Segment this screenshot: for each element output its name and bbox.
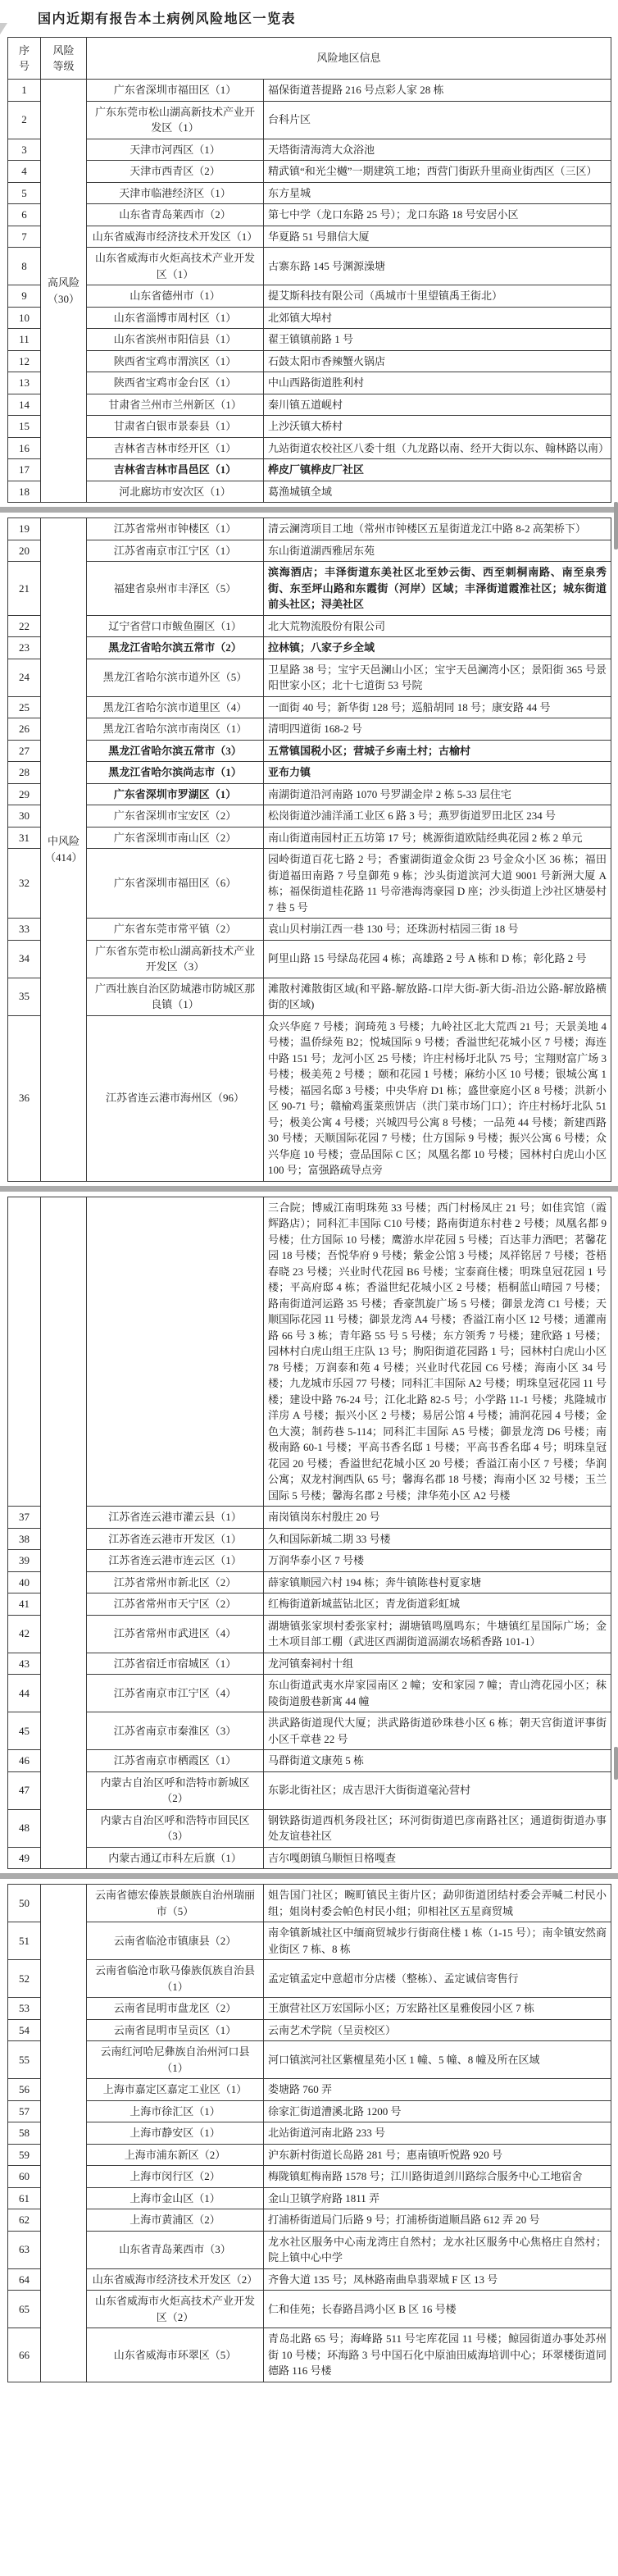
row-number-cell: 13 xyxy=(8,372,41,394)
location-cell: 云南省昆明市呈贡区（1） xyxy=(87,2019,264,2041)
location-cell: 天津市临港经济区（1） xyxy=(87,182,264,204)
row-number-cell: 51 xyxy=(8,1922,41,1960)
info-cell: 众兴华庭 7 号楼；润琦苑 3 号楼；九岭社区北大荒西 21 号；天景美地 4 … xyxy=(264,1015,611,1181)
location-cell: 山东省威海市环翠区（5） xyxy=(87,2328,264,2382)
row-number-cell: 42 xyxy=(8,1615,41,1653)
location-cell: 江苏省南京市江宁区（1） xyxy=(87,540,264,562)
table-row: 36江苏省连云港市海州区（96）众兴华庭 7 号楼；润琦苑 3 号楼；九岭社区北… xyxy=(8,1015,611,1181)
info-cell: 福保街道菩提路 216 号点彩人家 28 栋 xyxy=(264,80,611,102)
info-cell: 天塔街清海湾大众浴池 xyxy=(264,139,611,161)
row-number-cell: 33 xyxy=(8,919,41,941)
table-row: 13陕西省宝鸡市金台区（1）中山西路街道胜利村 xyxy=(8,372,611,394)
table-row: 57上海市徐汇区（1）徐家汇街道漕溪北路 1200 号 xyxy=(8,2100,611,2122)
row-number-cell: 37 xyxy=(8,1507,41,1529)
table-row: 8山东省威海市火炬高技术产业开发区（1）古寨东路 145 号渊源澡塘 xyxy=(8,248,611,285)
table-row: 63山东省青岛莱西市（3）龙水社区服务中心南龙湾庄自然村；龙水社区服务中心焦格庄… xyxy=(8,2231,611,2268)
info-cell: 青岛北路 65 号；海峰路 511 号宅库花园 11 号楼；鲸园街道办事处苏州街… xyxy=(264,2328,611,2382)
table-row: 47内蒙古自治区呼和浩特市新城区（2）东影北街社区；成吉思汗大街街道毫沁营村 xyxy=(8,1771,611,1809)
table-row: 15甘肃省白银市景泰县（1）上沙沃镇大桥村 xyxy=(8,416,611,438)
row-number-cell: 53 xyxy=(8,1998,41,2020)
table-row: 51云南省临沧市镇康县（2）南伞镇新城社区中缅商贸城步行街商住楼 1 栋（1-1… xyxy=(8,1922,611,1960)
table-row: 38江苏省连云港市开发区（1）久和国际新城二期 33 号楼 xyxy=(8,1528,611,1550)
table-row: 62上海市黄浦区（2）打浦桥街道局门后路 9 号；打浦桥街道顺昌路 612 弄 … xyxy=(8,2209,611,2232)
info-cell: 东山街道武夷水岸家园南区 2 幢；安和家园 7 幢；青山湾花园小区；秣陵街道殷巷… xyxy=(264,1675,611,1712)
row-number-cell: 12 xyxy=(8,350,41,372)
row-number-cell: 26 xyxy=(8,718,41,741)
row-number-cell: 8 xyxy=(8,248,41,285)
table-row: 31广东省深圳市南山区（2）南山街道南园村正五坊第 17 号；桃源街道欧陆经典花… xyxy=(8,827,611,849)
table-row: 24黑龙江省哈尔滨市道外区（5）卫星路 38 号；宝宇天邑澜山小区；宝宇天邑澜湾… xyxy=(8,659,611,696)
info-cell: 滨海酒店；丰泽街道东美社区北至妙云街、西至刺桐南路、南至泉秀街、东至坪山路和东霞… xyxy=(264,562,611,616)
table-row: 2广东东莞市松山湖高新技术产业开发区（1）台科片区 xyxy=(8,101,611,139)
row-number-cell: 28 xyxy=(8,762,41,784)
table-row: 39江苏省连云港市连云区（1）万润华泰小区 7 号楼 xyxy=(8,1550,611,1572)
row-number-cell: 64 xyxy=(8,2268,41,2291)
location-cell: 广东东莞市松山湖高新技术产业开发区（1） xyxy=(87,101,264,139)
table-row: 3天津市河西区（1）天塔街清海湾大众浴池 xyxy=(8,139,611,161)
row-number-cell: 11 xyxy=(8,329,41,351)
location-cell: 吉林省吉林市经开区（1） xyxy=(87,437,264,459)
table-row: 26黑龙江省哈尔滨市南岗区（1）清明四道街 168-2 号 xyxy=(8,718,611,741)
row-number-cell: 22 xyxy=(8,615,41,637)
location-cell: 云南省临沧市耿马傣族佤族自治县（1） xyxy=(87,1960,264,1998)
table-row: 20江苏省南京市江宁区（1）东山街道湖西雅居东苑 xyxy=(8,540,611,562)
cursor-artifact xyxy=(0,23,7,34)
row-number-cell: 46 xyxy=(8,1750,41,1772)
info-cell: 精武镇“和光尘樾”一期建筑工地；西营门街跃升里商业街西区（三区） xyxy=(264,161,611,183)
info-cell: 中山西路街道胜利村 xyxy=(264,372,611,394)
table-row: 66山东省威海市环翠区（5）青岛北路 65 号；海峰路 511 号宅库花园 11… xyxy=(8,2328,611,2382)
info-cell: 王旗营社区万宏国际小区；万宏路社区星雅俊园小区 7 栋 xyxy=(264,1998,611,2020)
row-number-cell: 50 xyxy=(8,1885,41,1922)
location-cell: 福建省泉州市丰泽区（5） xyxy=(87,562,264,616)
location-cell: 广东省深圳市福田区（6） xyxy=(87,849,264,919)
location-cell: 江苏省南京市栖霞区（1） xyxy=(87,1750,264,1772)
location-cell: 天津市西青区（2） xyxy=(87,161,264,183)
info-cell: 沪东新村街道长岛路 281 号；惠南镇听悦路 920 号 xyxy=(264,2144,611,2166)
row-number-cell: 4 xyxy=(8,161,41,183)
row-number-cell: 66 xyxy=(8,2328,41,2382)
table-row: 27黑龙江省哈尔滨五常市（3）五常镇国税小区；营城子乡南土村；古榆村 xyxy=(8,740,611,762)
location-cell: 上海市静安区（1） xyxy=(87,2122,264,2145)
info-cell: 一面街 40 号；新华街 128 号；巡船胡同 18 号；康安路 44 号 xyxy=(264,696,611,718)
row-number-cell: 36 xyxy=(8,1015,41,1181)
table-row: 18河北廊坊市安次区（1）葛渔城镇全域 xyxy=(8,481,611,503)
info-cell: 吉尔嘎朗镇乌顺恒日格嘎查 xyxy=(264,1847,611,1869)
row-number-cell: 14 xyxy=(8,394,41,416)
row-number-cell: 55 xyxy=(8,2041,41,2079)
location-cell: 广东省深圳市罗湖区（1） xyxy=(87,783,264,805)
table-row: 5天津市临港经济区（1）东方星城 xyxy=(8,182,611,204)
info-cell: 三合院；博威江南明珠苑 33 号楼；西门村杨凤庄 21 号；如佳宾馆（霞辉路店）… xyxy=(264,1197,611,1507)
row-number-cell: 59 xyxy=(8,2144,41,2166)
location-cell: 江苏省连云港市海州区（96） xyxy=(87,1015,264,1181)
info-cell: 卫星路 38 号；宝宇天邑澜山小区；宝宇天邑澜湾小区；景阳街 365 号景阳世家… xyxy=(264,659,611,696)
info-cell: 九站街道农校社区八委十组（九龙路以南、经开大街以东、翰林路以南） xyxy=(264,437,611,459)
location-cell: 江苏省常州市钟楼区（1） xyxy=(87,518,264,540)
location-cell: 广东省深圳市南山区（2） xyxy=(87,827,264,849)
row-number-cell: 17 xyxy=(8,459,41,481)
info-cell: 拉林镇；八家子乡全域 xyxy=(264,637,611,659)
risk-level-cell: 中风险 （414） xyxy=(41,518,87,1182)
location-cell: 广西壮族自治区防城港市防城区那良镇（1） xyxy=(87,978,264,1015)
location-cell: 江苏省连云港市连云区（1） xyxy=(87,1550,264,1572)
location-cell: 上海市闵行区（2） xyxy=(87,2166,264,2188)
info-cell: 桦皮厂镇桦皮厂社区 xyxy=(264,459,611,481)
info-cell: 仁和佳苑；长春路昌鸿小区 B 区 16 号楼 xyxy=(264,2291,611,2328)
location-cell: 云南省德宏傣族景颇族自治州瑞丽市（5） xyxy=(87,1885,264,1922)
info-cell: 翟王镇镇前路 1 号 xyxy=(264,329,611,351)
location-cell: 江苏省宿迁市宿城区（1） xyxy=(87,1653,264,1675)
info-cell: 园岭街道百花七路 2 号；香蜜湖街道金众街 23 号金众小区 36 栋；福田街道… xyxy=(264,849,611,919)
table-row: 28黑龙江省哈尔滨尚志市（1）亚布力镇 xyxy=(8,762,611,784)
row-number-cell: 2 xyxy=(8,101,41,139)
scrollbar-artifact xyxy=(614,502,618,549)
location-cell: 黑龙江省哈尔滨市南岗区（1） xyxy=(87,718,264,741)
row-number-cell: 6 xyxy=(8,204,41,226)
table-row: 64山东省威海市经济技术开发区（2）齐鲁大道 135 号；凤林路南曲阜翡翠城 F… xyxy=(8,2268,611,2291)
info-cell: 薛家镇顺园六村 194 栋；奔牛镇陈巷村夏家塘 xyxy=(264,1571,611,1593)
info-cell: 久和国际新城二期 33 号楼 xyxy=(264,1528,611,1550)
location-cell: 黑龙江省哈尔滨尚志市（1） xyxy=(87,762,264,784)
page-break xyxy=(0,1186,618,1192)
table-row: 42江苏省常州市武进区（4）湖塘镇张家坝村委张家村；湖塘镇鸣凰鸣东；牛塘镇红星国… xyxy=(8,1615,611,1653)
info-cell: 姐告国门社区；畹町镇民主街片区；勐卯街道团结村委会弄喊二村民小组；姐岗村委会帕色… xyxy=(264,1885,611,1922)
table-row: 56上海市嘉定区嘉定工业区（1）娄塘路 760 弄 xyxy=(8,2079,611,2101)
table-row: 49内蒙古通辽市科左后旗（1）吉尔嘎朗镇乌顺恒日格嘎查 xyxy=(8,1847,611,1869)
table-row: 32广东省深圳市福田区（6）园岭街道百花七路 2 号；香蜜湖街道金众街 23 号… xyxy=(8,849,611,919)
table-row: 43江苏省宿迁市宿城区（1）龙河镇秦祠村十组 xyxy=(8,1653,611,1675)
info-cell: 东山街道湖西雅居东苑 xyxy=(264,540,611,562)
table-row: 33广东省东莞市常平镇（2）袁山贝村崩江西一巷 130 号；还珠沥村桔园三街 1… xyxy=(8,919,611,941)
info-cell: 第七中学（龙口东路 25 号）；龙口东路 18 号安居小区 xyxy=(264,204,611,226)
location-cell: 江苏省南京市江宁区（4） xyxy=(87,1675,264,1712)
info-cell: 南伞镇新城社区中缅商贸城步行街商住楼 1 栋（1-15 号）；南伞镇安然商业街区… xyxy=(264,1922,611,1960)
location-cell: 黑龙江省哈尔滨五常市（2） xyxy=(87,637,264,659)
risk-table-page-4: 50云南省德宏傣族景颇族自治州瑞丽市（5）姐告国门社区；畹町镇民主街片区；勐卯街… xyxy=(7,1884,611,2382)
location-cell: 山东省威海市火炬高技术产业开发区（2） xyxy=(87,2291,264,2328)
table-row: 37江苏省连云港市灌云县（1）南岗镇岗东村殷庄 20 号 xyxy=(8,1507,611,1529)
table-row: 58上海市静安区（1）北站街道河南北路 233 号 xyxy=(8,2122,611,2145)
location-cell: 黑龙江省哈尔滨市道外区（5） xyxy=(87,659,264,696)
info-cell: 龙河镇秦祠村十组 xyxy=(264,1653,611,1675)
table-row: 1高风险 （30）广东省深圳市福田区（1）福保街道菩提路 216 号点彩人家 2… xyxy=(8,80,611,102)
row-number-cell xyxy=(8,1197,41,1507)
row-number-cell: 15 xyxy=(8,416,41,438)
table-row: 48内蒙古自治区呼和浩特市回民区（3）钢铁路街道西机务段社区；环河街街道巴彦南路… xyxy=(8,1809,611,1847)
info-cell: 云南艺术学院（呈贡校区） xyxy=(264,2019,611,2041)
location-cell: 山东省青岛莱西市（2） xyxy=(87,204,264,226)
header-risk-level: 风险 等级 xyxy=(41,38,87,80)
row-number-cell: 24 xyxy=(8,659,41,696)
location-cell: 江苏省南京市秦淮区（3） xyxy=(87,1712,264,1750)
location-cell: 山东省淄博市周村区（1） xyxy=(87,307,264,329)
row-number-cell: 40 xyxy=(8,1571,41,1593)
row-number-cell: 25 xyxy=(8,696,41,718)
row-number-cell: 19 xyxy=(8,518,41,540)
table-row: 12陕西省宝鸡市渭滨区（1）石鼓太阳市香辣蟹火锅店 xyxy=(8,350,611,372)
row-number-cell: 31 xyxy=(8,827,41,849)
row-number-cell: 49 xyxy=(8,1847,41,1869)
table-row: 7山东省威海市经济技术开发区（1）华夏路 51 号鼎信大厦 xyxy=(8,226,611,248)
page-title: 国内近期有报告本土病例风险地区一览表 xyxy=(38,8,618,27)
info-cell: 马群街道文康苑 5 栋 xyxy=(264,1750,611,1772)
info-cell: 提艾斯科技有限公司（禹城市十里望镇禹王街北） xyxy=(264,285,611,308)
location-cell: 吉林省吉林市昌邑区（1） xyxy=(87,459,264,481)
info-cell: 滩散村滩散街区域(和平路-解放路-口岸大街-新大街-沿边公路-解放路横街的区域) xyxy=(264,978,611,1015)
risk-level-cell: 高风险 （30） xyxy=(41,80,87,503)
row-number-cell: 35 xyxy=(8,978,41,1015)
info-cell: 南岗镇岗东村殷庄 20 号 xyxy=(264,1507,611,1529)
scrollbar-artifact xyxy=(614,1747,618,1780)
location-cell: 江苏省连云港市开发区（1） xyxy=(87,1528,264,1550)
row-number-cell: 21 xyxy=(8,562,41,616)
row-number-cell: 23 xyxy=(8,637,41,659)
row-number-cell: 65 xyxy=(8,2291,41,2328)
location-cell: 天津市河西区（1） xyxy=(87,139,264,161)
row-number-cell: 5 xyxy=(8,182,41,204)
row-number-cell: 29 xyxy=(8,783,41,805)
row-number-cell: 61 xyxy=(8,2187,41,2209)
info-cell: 湖塘镇张家坝村委张家村；湖塘镇鸣凰鸣东；牛塘镇红星国际广场；金土木项目部工棚（武… xyxy=(264,1615,611,1653)
location-cell: 山东省滨州市阳信县（1） xyxy=(87,329,264,351)
table-row: 35广西壮族自治区防城港市防城区那良镇（1）滩散村滩散街区域(和平路-解放路-口… xyxy=(8,978,611,1015)
location-cell: 上海市浦东新区（2） xyxy=(87,2144,264,2166)
location-cell: 云南红河哈尼彝族自治州河口县（1） xyxy=(87,2041,264,2079)
info-cell: 北郊镇大埠村 xyxy=(264,307,611,329)
info-cell: 东影北街社区；成吉思汗大街街道毫沁营村 xyxy=(264,1771,611,1809)
info-cell: 秦川镇五道岘村 xyxy=(264,394,611,416)
location-cell: 上海市嘉定区嘉定工业区（1） xyxy=(87,2079,264,2101)
location-cell: 广东省东莞市松山湖高新技术产业开发区（3） xyxy=(87,940,264,978)
row-number-cell: 48 xyxy=(8,1809,41,1847)
location-cell: 江苏省常州市天宁区（2） xyxy=(87,1593,264,1616)
table-row: 53云南省昆明市盘龙区（2）王旗营社区万宏国际小区；万宏路社区星雅俊园小区 7 … xyxy=(8,1998,611,2020)
row-number-cell: 57 xyxy=(8,2100,41,2122)
location-cell: 内蒙古自治区呼和浩特市新城区（2） xyxy=(87,1771,264,1809)
table-row: 4天津市西青区（2）精武镇“和光尘樾”一期建筑工地；西营门街跃升里商业街西区（三… xyxy=(8,161,611,183)
location-cell: 广东省深圳市福田区（1） xyxy=(87,80,264,102)
row-number-cell: 18 xyxy=(8,481,41,503)
info-cell: 河口镇滨河社区紫檀星苑小区 1 幢、5 幢、8 幢及所在区域 xyxy=(264,2041,611,2079)
table-row: 21福建省泉州市丰泽区（5）滨海酒店；丰泽街道东美社区北至妙云街、西至刺桐南路、… xyxy=(8,562,611,616)
info-cell: 北大荒物流股份有限公司 xyxy=(264,615,611,637)
row-number-cell: 30 xyxy=(8,805,41,828)
table-row: 52云南省临沧市耿马傣族佤族自治县（1）孟定镇孟定中意超市分店楼（整栋）、孟定诚… xyxy=(8,1960,611,1998)
risk-table-page-3: 三合院；博威江南明珠苑 33 号楼；西门村杨凤庄 21 号；如佳宾馆（霞辉路店）… xyxy=(7,1197,611,1870)
location-cell: 陕西省宝鸡市渭滨区（1） xyxy=(87,350,264,372)
location-cell: 云南省临沧市镇康县（2） xyxy=(87,1922,264,1960)
location-cell: 陕西省宝鸡市金台区（1） xyxy=(87,372,264,394)
info-cell: 台科片区 xyxy=(264,101,611,139)
location-cell: 内蒙古通辽市科左后旗（1） xyxy=(87,1847,264,1869)
table-row: 9山东省德州市（1）提艾斯科技有限公司（禹城市十里望镇禹王街北） xyxy=(8,285,611,308)
row-number-cell: 52 xyxy=(8,1960,41,1998)
location-cell: 江苏省常州市新北区（2） xyxy=(87,1571,264,1593)
table-row: 19中风险 （414）江苏省常州市钟楼区（1）清云澜湾项目工地（常州市钟楼区五星… xyxy=(8,518,611,540)
location-cell: 上海市徐汇区（1） xyxy=(87,2100,264,2122)
location-cell: 山东省威海市火炬高技术产业开发区（1） xyxy=(87,248,264,285)
info-cell: 五常镇国税小区；营城子乡南土村；古榆村 xyxy=(264,740,611,762)
location-cell: 云南省昆明市盘龙区（2） xyxy=(87,1998,264,2020)
info-cell: 清明四道街 168-2 号 xyxy=(264,718,611,741)
location-cell: 山东省德州市（1） xyxy=(87,285,264,308)
table-row: 23黑龙江省哈尔滨五常市（2）拉林镇；八家子乡全域 xyxy=(8,637,611,659)
location-cell: 内蒙古自治区呼和浩特市回民区（3） xyxy=(87,1809,264,1847)
location-cell xyxy=(87,1197,264,1507)
table-row: 34广东省东莞市松山湖高新技术产业开发区（3）阿里山路 15 号绿岛花园 4 栋… xyxy=(8,940,611,978)
table-row: 65山东省威海市火炬高技术产业开发区（2）仁和佳苑；长春路昌鸿小区 B 区 16… xyxy=(8,2291,611,2328)
table-row: 29广东省深圳市罗湖区（1）南湖街道沿河南路 1070 号罗湖金岸 2 栋 5-… xyxy=(8,783,611,805)
row-number-cell: 43 xyxy=(8,1653,41,1675)
table-row: 三合院；博威江南明珠苑 33 号楼；西门村杨凤庄 21 号；如佳宾馆（霞辉路店）… xyxy=(8,1197,611,1507)
table-row: 41江苏省常州市天宁区（2）红梅街道新城蓝钻北区；青龙街道彩虹城 xyxy=(8,1593,611,1616)
table-row: 60上海市闵行区（2）梅陇镇虹梅南路 1578 号；江川路街道剑川路综合服务中心… xyxy=(8,2166,611,2188)
row-number-cell: 10 xyxy=(8,307,41,329)
info-cell: 石鼓太阳市香辣蟹火锅店 xyxy=(264,350,611,372)
page-break xyxy=(0,507,618,513)
info-cell: 阿里山路 15 号绿岛花园 4 栋；高雄路 2 号 A 栋和 D 栋；彰化路 2… xyxy=(264,940,611,978)
row-number-cell: 39 xyxy=(8,1550,41,1572)
info-cell: 东方星城 xyxy=(264,182,611,204)
info-cell: 上沙沃镇大桥村 xyxy=(264,416,611,438)
table-row: 25黑龙江省哈尔滨市道里区（4）一面街 40 号；新华街 128 号；巡船胡同 … xyxy=(8,696,611,718)
location-cell: 广东省东莞市常平镇（2） xyxy=(87,919,264,941)
location-cell: 江苏省常州市武进区（4） xyxy=(87,1615,264,1653)
row-number-cell: 47 xyxy=(8,1771,41,1809)
table-row: 14甘肃省兰州市兰州新区（1）秦川镇五道岘村 xyxy=(8,394,611,416)
page-break xyxy=(0,1873,618,1879)
info-cell: 南湖街道沿河南路 1070 号罗湖金岸 2 栋 5-33 层住宅 xyxy=(264,783,611,805)
location-cell: 上海市黄浦区（2） xyxy=(87,2209,264,2232)
info-cell: 古寨东路 145 号渊源澡塘 xyxy=(264,248,611,285)
info-cell: 打浦桥街道局门后路 9 号；打浦桥街道顺昌路 612 弄 20 号 xyxy=(264,2209,611,2232)
location-cell: 山东省威海市经济技术开发区（2） xyxy=(87,2268,264,2291)
location-cell: 甘肃省白银市景泰县（1） xyxy=(87,416,264,438)
location-cell: 山东省威海市经济技术开发区（1） xyxy=(87,226,264,248)
table-row: 16吉林省吉林市经开区（1）九站街道农校社区八委十组（九龙路以南、经开大街以东、… xyxy=(8,437,611,459)
table-row: 22辽宁省营口市鲅鱼圈区（1）北大荒物流股份有限公司 xyxy=(8,615,611,637)
row-number-cell: 45 xyxy=(8,1712,41,1750)
info-cell: 梅陇镇虹梅南路 1578 号；江川路街道剑川路综合服务中心工地宿舍 xyxy=(264,2166,611,2188)
risk-area-tables: 序 号风险 等级风险地区信息1高风险 （30）广东省深圳市福田区（1）福保街道菩… xyxy=(0,37,618,2382)
location-cell: 山东省青岛莱西市（3） xyxy=(87,2231,264,2268)
risk-table-page-1: 序 号风险 等级风险地区信息1高风险 （30）广东省深圳市福田区（1）福保街道菩… xyxy=(7,37,611,503)
location-cell: 上海市金山区（1） xyxy=(87,2187,264,2209)
table-row: 6山东省青岛莱西市（2）第七中学（龙口东路 25 号）；龙口东路 18 号安居小… xyxy=(8,204,611,226)
table-row: 10山东省淄博市周村区（1）北郊镇大埠村 xyxy=(8,307,611,329)
info-cell: 金山卫镇学府路 1811 弄 xyxy=(264,2187,611,2209)
table-row: 50云南省德宏傣族景颇族自治州瑞丽市（5）姐告国门社区；畹町镇民主街片区；勐卯街… xyxy=(8,1885,611,1922)
info-cell: 袁山贝村崩江西一巷 130 号；还珠沥村桔园三街 18 号 xyxy=(264,919,611,941)
info-cell: 孟定镇孟定中意超市分店楼（整栋）、孟定诚信寄售行 xyxy=(264,1960,611,1998)
risk-table-page-2: 19中风险 （414）江苏省常州市钟楼区（1）清云澜湾项目工地（常州市钟楼区五星… xyxy=(7,517,611,1182)
info-cell: 龙水社区服务中心南龙湾庄自然村；龙水社区服务中心焦格庄自然村；院上镇中心中学 xyxy=(264,2231,611,2268)
info-cell: 华夏路 51 号鼎信大厦 xyxy=(264,226,611,248)
row-number-cell: 60 xyxy=(8,2166,41,2188)
table-row: 46江苏省南京市栖霞区（1）马群街道文康苑 5 栋 xyxy=(8,1750,611,1772)
risk-level-cell xyxy=(41,1885,87,2382)
row-number-cell: 38 xyxy=(8,1528,41,1550)
info-cell: 亚布力镇 xyxy=(264,762,611,784)
row-number-cell: 32 xyxy=(8,849,41,919)
info-cell: 洪武路街道现代大厦；洪武路街道砂珠巷小区 6 栋；朝天宫街道评事街小区千章巷 2… xyxy=(264,1712,611,1750)
location-cell: 甘肃省兰州市兰州新区（1） xyxy=(87,394,264,416)
table-row: 17吉林省吉林市昌邑区（1）桦皮厂镇桦皮厂社区 xyxy=(8,459,611,481)
location-cell: 黑龙江省哈尔滨五常市（3） xyxy=(87,740,264,762)
info-cell: 红梅街道新城蓝钻北区；青龙街道彩虹城 xyxy=(264,1593,611,1616)
row-number-cell: 34 xyxy=(8,940,41,978)
info-cell: 娄塘路 760 弄 xyxy=(264,2079,611,2101)
row-number-cell: 62 xyxy=(8,2209,41,2232)
info-cell: 南山街道南园村正五坊第 17 号；桃源街道欧陆经典花园 2 栋 2 单元 xyxy=(264,827,611,849)
table-row: 45江苏省南京市秦淮区（3）洪武路街道现代大厦；洪武路街道砂珠巷小区 6 栋；朝… xyxy=(8,1712,611,1750)
location-cell: 江苏省连云港市灌云县（1） xyxy=(87,1507,264,1529)
header-risk-area-info: 风险地区信息 xyxy=(87,38,611,80)
header-serial-number: 序 号 xyxy=(8,38,41,80)
row-number-cell: 27 xyxy=(8,740,41,762)
info-cell: 松岗街道沙浦洋涌工业区 6 路 3 号；燕罗街道罗田北区 234 号 xyxy=(264,805,611,828)
table-row: 30广东省深圳市宝安区（2）松岗街道沙浦洋涌工业区 6 路 3 号；燕罗街道罗田… xyxy=(8,805,611,828)
info-cell: 徐家汇街道漕溪北路 1200 号 xyxy=(264,2100,611,2122)
table-row: 54云南省昆明市呈贡区（1）云南艺术学院（呈贡校区） xyxy=(8,2019,611,2041)
table-row: 44江苏省南京市江宁区（4）东山街道武夷水岸家园南区 2 幢；安和家园 7 幢；… xyxy=(8,1675,611,1712)
row-number-cell: 9 xyxy=(8,285,41,308)
location-cell: 广东省深圳市宝安区（2） xyxy=(87,805,264,828)
row-number-cell: 56 xyxy=(8,2079,41,2101)
row-number-cell: 41 xyxy=(8,1593,41,1616)
row-number-cell: 63 xyxy=(8,2231,41,2268)
info-cell: 北站街道河南北路 233 号 xyxy=(264,2122,611,2145)
info-cell: 万润华泰小区 7 号楼 xyxy=(264,1550,611,1572)
info-cell: 清云澜湾项目工地（常州市钟楼区五星街道龙江中路 8-2 高架桥下） xyxy=(264,518,611,540)
table-row: 11山东省滨州市阳信县（1）翟王镇镇前路 1 号 xyxy=(8,329,611,351)
row-number-cell: 58 xyxy=(8,2122,41,2145)
table-row: 55云南红河哈尼彝族自治州河口县（1）河口镇滨河社区紫檀星苑小区 1 幢、5 幢… xyxy=(8,2041,611,2079)
row-number-cell: 44 xyxy=(8,1675,41,1712)
row-number-cell: 1 xyxy=(8,80,41,102)
row-number-cell: 7 xyxy=(8,226,41,248)
row-number-cell: 16 xyxy=(8,437,41,459)
row-number-cell: 54 xyxy=(8,2019,41,2041)
table-row: 40江苏省常州市新北区（2）薛家镇顺园六村 194 栋；奔牛镇陈巷村夏家塘 xyxy=(8,1571,611,1593)
info-cell: 钢铁路街道西机务段社区；环河街街道巴彦南路社区；通道街街道办事处友谊巷社区 xyxy=(264,1809,611,1847)
risk-level-cell xyxy=(41,1197,87,1869)
table-row: 59上海市浦东新区（2）沪东新村街道长岛路 281 号；惠南镇听悦路 920 号 xyxy=(8,2144,611,2166)
location-cell: 河北廊坊市安次区（1） xyxy=(87,481,264,503)
info-cell: 齐鲁大道 135 号；凤林路南曲阜翡翠城 F 区 13 号 xyxy=(264,2268,611,2291)
info-cell: 葛渔城镇全域 xyxy=(264,481,611,503)
row-number-cell: 20 xyxy=(8,540,41,562)
location-cell: 黑龙江省哈尔滨市道里区（4） xyxy=(87,696,264,718)
row-number-cell: 3 xyxy=(8,139,41,161)
location-cell: 辽宁省营口市鲅鱼圈区（1） xyxy=(87,615,264,637)
table-row: 61上海市金山区（1）金山卫镇学府路 1811 弄 xyxy=(8,2187,611,2209)
